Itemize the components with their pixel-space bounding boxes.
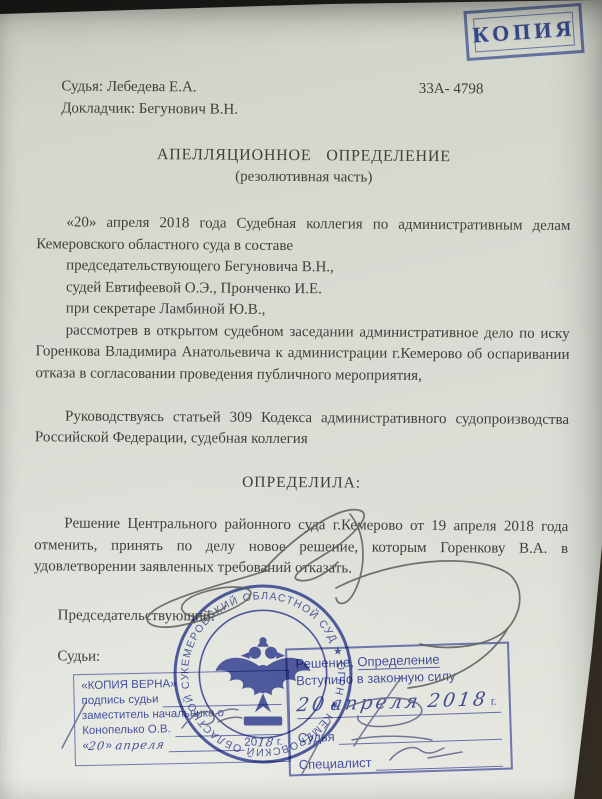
- composition-line: при секретаре Ламбиной Ю.В.,: [36, 298, 570, 323]
- year-suffix: г.: [491, 694, 497, 711]
- composition-line: председательствующего Бегуновича В.Н.,: [36, 255, 570, 280]
- handwritten-year: 2018: [426, 691, 489, 710]
- body-block: «20» апреля 2018 года Судебная коллегия …: [35, 212, 570, 388]
- judge-line: Судья: Лебедева Е.А.: [61, 76, 238, 99]
- judge-signature-label: подпись судьи: [81, 692, 158, 709]
- resolution-heading: ОПРЕДЕЛИЛА:: [35, 470, 569, 495]
- paragraph-decision: Решение Центрального районного суда г.Ке…: [34, 513, 568, 581]
- handwritten-day: 20: [88, 739, 107, 754]
- paragraph-intro: «20» апреля 2018 года Судебная коллегия …: [36, 212, 570, 259]
- quote-close: »: [105, 738, 112, 753]
- judge-sign-underline: [339, 727, 502, 745]
- case-number: 33А- 4798: [419, 79, 484, 122]
- document-subtitle: (резолютивная часть): [37, 165, 571, 190]
- reporter-line: Докладчик: Бегунович В.Н.: [61, 98, 238, 121]
- court-round-seal: КЕМЕРОВСКИЙ ОБЛАСТНОЙ СУД ★ ОГРН ★ КЕМЕР…: [171, 582, 355, 766]
- header-left: Судья: Лебедева Е.А. Докладчик: Бегунови…: [61, 76, 238, 120]
- paragraph-case: рассмотрев в открытом судебном заседании…: [35, 320, 569, 388]
- document-header: Судья: Лебедева Е.А. Докладчик: Бегунови…: [61, 76, 571, 123]
- document-content: Судья: Лебедева Е.А. Докладчик: Бегунови…: [33, 0, 572, 671]
- paragraph-guided-by: Руководствуясь статьей 309 Кодекса админ…: [35, 406, 569, 453]
- document-photo: КОПИЯ Судья: Лебедева Е.А. Докладчик: Бе…: [0, 0, 602, 799]
- handwritten-month: апреля: [114, 737, 166, 753]
- specialist-sign-underline: [375, 754, 502, 771]
- double-headed-eagle-icon: [215, 637, 310, 725]
